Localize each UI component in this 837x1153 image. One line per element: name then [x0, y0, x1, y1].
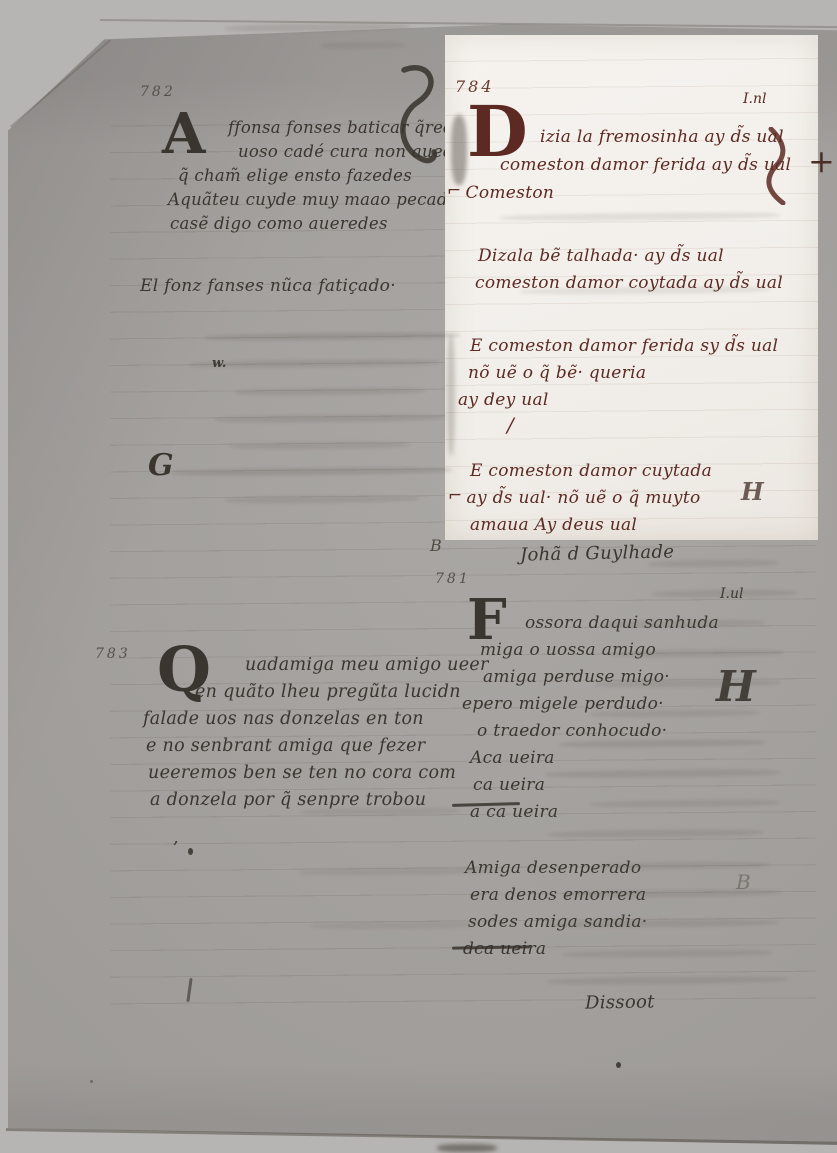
- verse-line: E comeston damor cuytada: [470, 458, 712, 485]
- ink-smudge: [447, 335, 455, 455]
- verse-line: falade uos nas donzelas en ton: [143, 706, 489, 733]
- ink-speck: [616, 1062, 621, 1068]
- verse-line: e no senbrant amiga que fezer: [146, 733, 489, 760]
- verse-line: izia la fremosinha ay d̃s ual: [540, 123, 791, 151]
- verse-line: ay dey ual: [458, 387, 778, 414]
- verse-line: Aquãteu cuyde muy maao pecado: [168, 188, 473, 212]
- verse-line: dca ueira: [463, 936, 648, 963]
- ink-smudge: [451, 115, 467, 185]
- folio-number-782: 782: [140, 84, 176, 100]
- initial-letter-F: F: [467, 592, 507, 648]
- verse-line: nõ uẽ o q̃ bẽ· queria: [468, 360, 778, 387]
- verse-line: ⌐ay d̃s ual· nõ uẽ o q̃ muyto: [448, 485, 712, 512]
- verse-line: en quãto lheu pregũta lucidn: [195, 679, 489, 706]
- verse-line: Dizala bẽ talhada· ay d̃s ual: [478, 243, 783, 270]
- poem-782: A ffonsa fonses baticar q̃redes uoso cad…: [128, 108, 473, 236]
- colophon: Dissoot: [585, 991, 655, 1013]
- poem-784-stanza-4: E comeston damor cuytada ⌐ay d̃s ual· nõ…: [470, 453, 712, 539]
- catchword-line: ⌐Comeston: [447, 179, 791, 207]
- verse-line: ueeremos ben se ten no cora com: [148, 760, 489, 787]
- line-bracket-flourish: [761, 127, 795, 205]
- tick-mark: ʼ: [172, 838, 178, 859]
- verse-line: uadamiga meu amigo ueer: [245, 652, 489, 679]
- initial-letter-Q: Q: [157, 640, 211, 700]
- verse-line: E comeston damor ferida sy d̃s ual: [470, 333, 778, 360]
- poem-784-stanza-3: E comeston damor ferida sy d̃s ual nõ uẽ…: [470, 327, 778, 414]
- verse-line: Aca ueira: [470, 745, 719, 772]
- verse-line: q̃ cham̃ elige ensto fazedes: [178, 164, 473, 188]
- folio-number-781: 781: [435, 571, 471, 587]
- h-margin-mark-small: H: [741, 477, 764, 506]
- cross-margin-mark: +: [808, 142, 835, 180]
- poem-783: Q uadamiga meu amigo ueer en quãto lheu …: [100, 640, 489, 814]
- verse-line: uoso cadé cura non auedes: [238, 140, 473, 164]
- initial-letter-A: A: [162, 108, 206, 160]
- verse-line: amaua Ay deus ual: [470, 512, 712, 539]
- catch-mark: ⌐: [448, 483, 463, 510]
- refrain-line-782: El fonz fanses nũca fatiçado·: [140, 276, 396, 296]
- verse-line-text: ay d̃s ual· nõ uẽ o q̃ muyto: [467, 488, 701, 508]
- catchword: Comeston: [466, 183, 555, 203]
- edge-smudge: [437, 1144, 497, 1152]
- verse-line: casẽ digo como aueredes: [170, 212, 473, 236]
- ink-speck: [90, 1080, 93, 1083]
- poem-781-stanza-2: Amiga desenperado era denos emorrera sod…: [455, 843, 648, 963]
- verse-line: ffonsa fonses baticar q̃redes: [228, 116, 473, 140]
- ink-speck: [188, 848, 193, 855]
- g-margin-mark: G: [148, 448, 174, 483]
- b-margin-mark-left: B: [430, 536, 442, 555]
- colocci-mark-top: I.nl: [743, 91, 766, 107]
- manuscript-scan: 782 A ffonsa fonses baticar q̃redes uoso…: [0, 0, 837, 1153]
- verse-line: comeston damor ferida ay d̃s ual: [500, 151, 791, 179]
- poem-784-stanza-1: izia la fremosinha ay d̃s ual comeston d…: [445, 123, 791, 207]
- slash-mark: /: [507, 413, 514, 437]
